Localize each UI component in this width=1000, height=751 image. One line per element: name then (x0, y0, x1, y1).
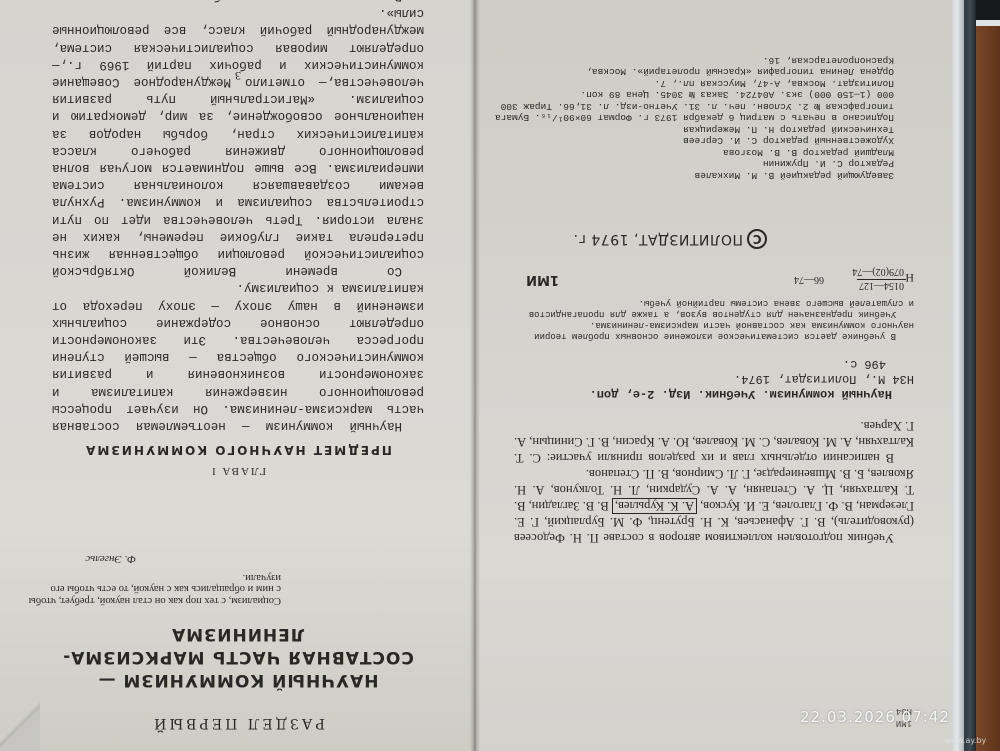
staff-line: Технический редактор Н. П. Межерицкая (494, 124, 914, 136)
biblio-title: Научный коммунизм. Учебник. Изд. 2-е, до… (534, 386, 914, 401)
bibliographic-entry: Научный коммунизм. Учебник. Изд. 2-е, до… (534, 356, 914, 401)
publisher-address: Политиздат. Москва, А-47, Миусская пл., … (494, 78, 914, 90)
authors-paragraph-1: Учебник подготовлен коллективом авторов … (514, 466, 914, 546)
page-stack-edge (950, 0, 964, 751)
book-gutter (470, 0, 480, 751)
section-title-line-2: СОСТАВНАЯ ЧАСТЬ МАРКСИЗМА-ЛЕНИНИЗМА (0, 622, 476, 668)
section-label: РАЗДЕЛ ПЕРВЫЙ (0, 715, 476, 731)
printer-address: Ордена Ленина типография «Красный пролет… (494, 55, 914, 78)
section-title-line-1: НАУЧНЫЙ КОММУНИЗМ — (0, 668, 476, 691)
left-page-content: РАЗДЕЛ ПЕРВЫЙ НАУЧНЫЙ КОММУНИЗМ — СОСТАВ… (0, 0, 476, 751)
copyright-line: CПОЛИТИЗДАТ, 1974 г. (573, 229, 767, 249)
book-cover-edge (962, 0, 976, 751)
paragraph: В ходе ломки отживших общественных поряд… (52, 0, 424, 4)
code-denominator: 079(02)—74 (850, 266, 906, 277)
annotation-line: В учебнике дается систематическое изложе… (524, 319, 914, 341)
page-corner-fold (0, 700, 40, 751)
code-right-part: 66—74 (794, 274, 824, 285)
staff-line: Заведующий редакцией В. М. Михкалев (494, 170, 914, 182)
right-page-content: 1МИ Н34 Учебник подготовлен коллективом … (476, 0, 952, 751)
annotation-line: Учебник предназначен для студентов вузов… (524, 297, 914, 319)
annotation: В учебнике дается систематическое изложе… (524, 297, 914, 341)
print-details: Подписано в печать с матриц 6 декабря 19… (494, 89, 914, 124)
imprint-staff: Заведующий редакцией В. М. Михкалев Реда… (494, 55, 914, 182)
epigraph-author: Ф. Энгельс (85, 553, 136, 565)
chapter-title: ПРЕДМЕТ НАУЧНОГО КОММУНИЗМА (0, 443, 476, 457)
staff-line: Художественный редактор С. И. Сергеев (494, 135, 914, 147)
staff-line: Младший редактор В. В. Мозгова (494, 147, 914, 159)
watermark: www.ay.by (944, 736, 986, 745)
page-number: 3 (0, 68, 476, 83)
body-text: Научный коммунизм — неотъемлемая составн… (52, 0, 424, 434)
authors-block: Учебник подготовлен коллективом авторов … (514, 418, 914, 546)
left-page: РАЗДЕЛ ПЕРВЫЙ НАУЧНЫЙ КОММУНИЗМ — СОСТАВ… (0, 0, 476, 751)
authors-paragraph-2: В написании отдельных глав и их разделов… (514, 418, 914, 466)
code-prefix: Н (905, 270, 914, 285)
biblio-pages: 496 с. (534, 356, 914, 371)
staff-line: Редактор С. И. Пружинин (494, 158, 914, 170)
epigraph: Социализм, с тех пор как он стал наукой,… (26, 572, 281, 607)
boxed-author-name: А. К. Курылев, (612, 498, 697, 514)
biblio-publisher: Н34 М., Политиздат, 1974. (534, 371, 914, 386)
code-numerator: 0154—127 (857, 279, 906, 291)
paragraph: Научный коммунизм — неотъемлемая составн… (52, 279, 424, 434)
code-label: 1МИ (526, 272, 559, 287)
paragraph: Со времени Великой Октябрьской социалист… (52, 4, 424, 279)
timestamp-overlay: 22.03.2026 07:42 (800, 708, 950, 726)
section-title: НАУЧНЫЙ КОММУНИЗМ — СОСТАВНАЯ ЧАСТЬ МАРК… (0, 622, 476, 691)
light-strip (975, 20, 1000, 26)
chapter-label: ГЛАВА I (0, 465, 476, 477)
right-page: 1МИ Н34 Учебник подготовлен коллективом … (476, 0, 952, 751)
copyright-icon: C (747, 229, 767, 249)
